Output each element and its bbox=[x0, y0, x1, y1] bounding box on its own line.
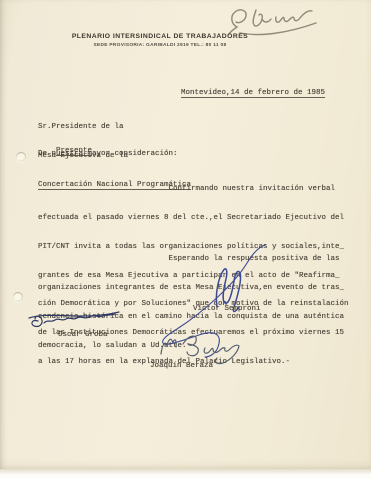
punch-hole-bottom bbox=[13, 292, 23, 302]
beraza-typed-name: Joaquín Beraza bbox=[150, 362, 213, 372]
org-address: SEDE PROVISORIA: GARIBALDI 2919 TEL.: 80… bbox=[55, 43, 265, 48]
recipient-line-1: Sr.Presidente de la bbox=[38, 123, 191, 133]
punch-hole-top bbox=[16, 152, 26, 162]
scanned-letter-page: PLENARIO INTERSINDICAL DE TRABAJADORES S… bbox=[0, 0, 371, 479]
body-line: Confirmando nuestra invitación verbal bbox=[38, 185, 349, 195]
date-text: Montevideo,14 de febrero de 1985 bbox=[181, 89, 325, 99]
body-line: efectuada el pasado viernes 8 del cte.,e… bbox=[38, 214, 349, 224]
salutation-line: De nuestra mayor consideración: bbox=[38, 150, 178, 160]
scan-bottom-edge bbox=[0, 469, 371, 479]
semproni-typed-name: Víctor Semproni bbox=[193, 305, 261, 315]
groba-typed-name: Oscar Groba bbox=[58, 331, 108, 341]
letterhead: PLENARIO INTERSINDICAL DE TRABAJADORES S… bbox=[55, 33, 265, 48]
org-title: PLENARIO INTERSINDICAL DE TRABAJADORES bbox=[55, 33, 265, 40]
